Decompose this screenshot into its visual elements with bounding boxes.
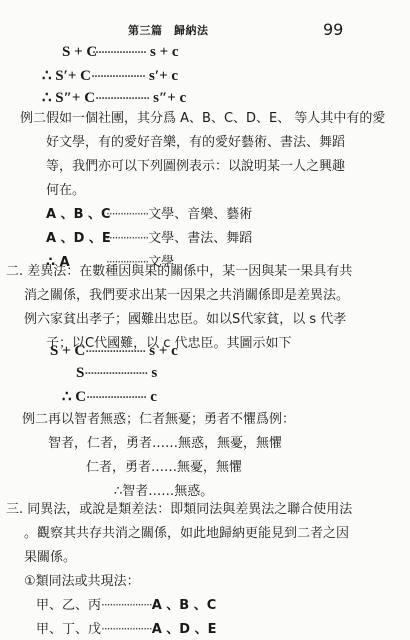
paragraph-line: 例六家貧出孝子；國難出忠臣。如以S代家貧，以 s 代孝	[24, 308, 346, 327]
mapping-row: 甲、乙、丙 ·················· A 、B 、C	[36, 594, 216, 613]
mapping-left: 甲、乙、丙	[36, 594, 101, 613]
example-intro: 例二再以智者無惑；仁者無憂；勇者不懼爲例：	[22, 408, 295, 427]
leader-dots: ···············	[106, 231, 148, 245]
formula-row: S + C ···················· s + c	[50, 343, 178, 360]
formula-right: s + c	[150, 44, 179, 61]
paragraph-line: 等，我們亦可以下列圖例表示：以說明某一人之興趣	[46, 155, 345, 174]
mapping-left: 甲、丁、戊	[36, 618, 101, 637]
example-line: ∴智者……無惑。	[114, 480, 213, 499]
formula-right: c	[150, 389, 157, 406]
formula-row: ∴ S′+ C ·················· s′+ c	[42, 66, 178, 85]
paragraph-line: 好文學，有的愛好音樂，有的愛好藝術、書法、舞蹈	[46, 131, 345, 150]
leader-dots: ··················	[91, 69, 145, 84]
example-line: 智者，仁者，勇者……無惑，無憂，無懼	[48, 432, 282, 451]
mapping-right: A 、D 、E	[152, 618, 217, 637]
formula-left: S	[76, 365, 84, 382]
leader-dots: ··················	[92, 45, 146, 60]
sub-heading: ①類同法或共現法：	[24, 570, 140, 589]
formula-left: S + C	[50, 343, 85, 360]
page-number: 99	[323, 20, 343, 39]
running-header: 第三篇 歸納法	[128, 22, 209, 38]
leader-dots: ···············	[106, 207, 148, 221]
paragraph-line: 例二假如一個社團，其分爲 A、B、C、D、E、 等人其中有的愛	[20, 107, 385, 126]
leader-dots: ··················	[101, 598, 152, 612]
mapping-left: A 、D 、E	[46, 227, 106, 246]
paragraph-line: 消之關係，我們要求出某一因果之共消關係即是差異法。	[24, 284, 349, 303]
formula-left: S + C	[62, 44, 92, 61]
leader-dots: ··················	[101, 622, 152, 636]
formula-right: s	[151, 365, 157, 382]
paragraph-line: 何在。	[46, 179, 85, 198]
formula-left: ∴ C	[62, 387, 86, 406]
formula-row: ∴ S″+ C ·················· s″+ c	[42, 88, 186, 107]
leader-dots: ·····················	[84, 366, 147, 381]
mapping-right: A 、B 、C	[152, 594, 217, 613]
formula-right: s + c	[149, 343, 178, 360]
mapping-left: A 、B 、C	[46, 203, 106, 222]
formula-left: ∴ S′+ C	[42, 66, 91, 85]
section-heading-line: 二. 差異法：在數種因與果的關係中，某一因與某一果具有共	[6, 260, 352, 279]
formula-row: S ····················· s	[76, 365, 157, 382]
leader-dots: ··················	[95, 91, 149, 106]
formula-right: s′+ c	[149, 68, 178, 85]
formula-right: s″+ c	[153, 90, 186, 107]
mapping-right: 文學、書法、舞蹈	[148, 227, 252, 246]
paragraph-line: 。觀察其共存共消之關係，如此地歸納更能見到二者之因	[24, 522, 349, 541]
paragraph-line: 果關係。	[24, 546, 76, 565]
formula-left: ∴ S″+ C	[42, 88, 95, 107]
mapping-row: A 、B 、C ··············· 文學、音樂、藝術	[46, 203, 252, 222]
mapping-row: 甲、丁、戊 ·················· A 、D 、E	[36, 618, 216, 637]
formula-row: S + C ·················· s + c	[62, 44, 179, 61]
leader-dots: ····················	[85, 344, 145, 359]
example-line: 仁者，勇者……無憂，無懼	[86, 456, 242, 475]
mapping-right: 文學、音樂、藝術	[148, 203, 252, 222]
leader-dots: ····················	[86, 390, 146, 405]
formula-row: ∴ C ···················· c	[62, 387, 157, 406]
mapping-row: A 、D 、E ··············· 文學、書法、舞蹈	[46, 227, 252, 246]
section-heading-line: 三. 同異法，或說是類差法：即類同法與差異法之聯合使用法	[6, 498, 352, 517]
